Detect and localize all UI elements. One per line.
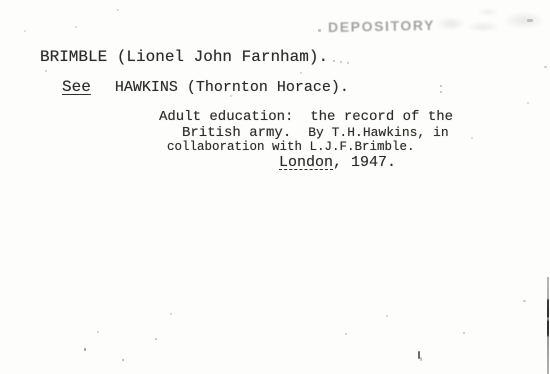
scan-edge-artifact [547, 277, 549, 374]
title-line-1: Adult education: the record of the [159, 110, 453, 125]
stamp-smudge [478, 8, 498, 16]
scan-speck [544, 66, 547, 68]
scan-speck [440, 91, 442, 93]
statement-of-responsibility-line-2: collaboration with L.J.F.Brimble. [167, 141, 415, 155]
scan-speck [333, 60, 335, 62]
depository-stamp: DEPOSITORY [328, 17, 435, 35]
scan-speck [300, 72, 302, 74]
scan-speck [527, 19, 533, 22]
scan-speck [155, 338, 157, 340]
scan-speck [471, 137, 473, 139]
stamp-smudge [468, 22, 498, 32]
catalog-card: DEPOSITORY BRIMBLE (Lionel John Farnham)… [0, 0, 550, 374]
scan-speck [24, 30, 26, 32]
scan-speck [463, 332, 465, 334]
scan-speck [97, 331, 99, 333]
see-reference-target: HAWKINS (Thornton Horace). [115, 79, 349, 96]
scan-speck [230, 95, 232, 97]
stamp-smudge [505, 12, 543, 29]
imprint-place: London [279, 154, 333, 171]
imprint-line: London, 1947. [279, 155, 396, 172]
scan-speck [318, 29, 321, 32]
see-label: See [62, 78, 91, 96]
scan-speck [170, 313, 172, 315]
scan-speck [440, 85, 442, 87]
scan-speck [347, 62, 349, 64]
imprint-date: , 1947. [333, 154, 396, 171]
scan-speck [340, 61, 342, 63]
scan-speck [75, 26, 77, 28]
scan-speck [420, 357, 422, 361]
scan-speck [117, 9, 119, 11]
title-line-2-text: British army. [182, 125, 291, 141]
scan-speck [45, 70, 47, 72]
scan-speck [122, 359, 124, 361]
stamp-smudge [437, 17, 465, 30]
statement-of-responsibility-line-1: By T.H.Hawkins, in [308, 125, 448, 140]
scan-speck [386, 315, 388, 317]
scan-speck [84, 348, 86, 351]
scan-speck [523, 300, 526, 302]
main-entry-heading: BRIMBLE (Lionel John Farnham). [40, 49, 328, 67]
see-reference-line: SeeHAWKINS (Thornton Horace). [62, 79, 349, 97]
scan-speck [345, 333, 347, 335]
scan-speck [527, 102, 529, 104]
